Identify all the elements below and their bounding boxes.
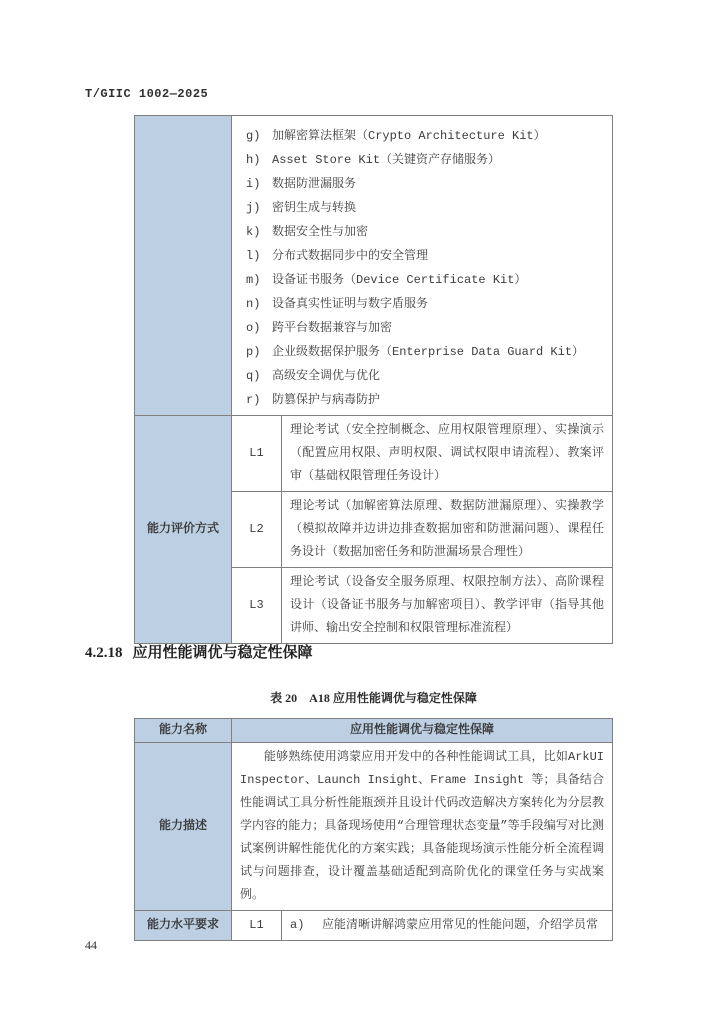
capability-eval-table: g)加解密算法框架（Crypto Architecture Kit） h)Ass…	[134, 115, 613, 644]
list-item-text: 防篡保护与病毒防护	[272, 388, 600, 412]
list-item: o)跨平台数据兼容与加密	[246, 316, 600, 340]
list-item: n)设备真实性证明与数字盾服务	[246, 292, 600, 316]
list-item: l)分布式数据同步中的安全管理	[246, 244, 600, 268]
section-title: 应用性能调优与稳定性保障	[133, 645, 313, 661]
list-item-text: 数据安全性与加密	[272, 220, 600, 244]
req-text-cell: a)应能清晰讲解鸿蒙应用常见的性能问题，介绍学员常	[282, 911, 613, 941]
eval-desc-l3: 理论考试（设备安全服务原理、权限控制方法）、高阶课程设计（设备证书服务与加解密项…	[282, 568, 613, 644]
list-item: p)企业级数据保护服务（Enterprise Data Guard Kit）	[246, 340, 600, 364]
req-level-cell: L1	[232, 911, 282, 941]
table-caption-title: A18 应用性能调优与稳定性保障	[309, 691, 477, 705]
page-number: 44	[85, 938, 97, 953]
list-item-marker: o)	[246, 316, 272, 340]
list-item: i)数据防泄漏服务	[246, 172, 600, 196]
list-item-text: Asset Store Kit（关键资产存储服务）	[272, 148, 600, 172]
list-item: j)密钥生成与转换	[246, 196, 600, 220]
table-caption: 表 20A18 应用性能调优与稳定性保障	[134, 689, 613, 706]
list-item-marker: m)	[246, 268, 272, 292]
list-item-text: 加解密算法框架（Crypto Architecture Kit）	[272, 124, 600, 148]
name-label-cell: 能力名称	[135, 719, 232, 743]
desc-value-cell: 能够熟练使用鸿蒙应用开发中的各种性能调试工具，比如ArkUI Inspector…	[232, 743, 613, 911]
name-value-cell: 应用性能调优与稳定性保障	[232, 719, 613, 743]
req-label-cell: 能力水平要求	[135, 911, 232, 941]
list-item: m)设备证书服务（Device Certificate Kit）	[246, 268, 600, 292]
list-item-marker: l)	[246, 244, 272, 268]
table-caption-label: 表 20	[270, 691, 297, 705]
list-item-text: 密钥生成与转换	[272, 196, 600, 220]
list-item-marker: p)	[246, 340, 272, 364]
level-cell-l1: L1	[232, 416, 282, 492]
list-item: h)Asset Store Kit（关键资产存储服务）	[246, 148, 600, 172]
ability-list-cell: g)加解密算法框架（Crypto Architecture Kit） h)Ass…	[232, 116, 613, 416]
req-item-marker: a)	[290, 914, 322, 937]
capability-description: 能够熟练使用鸿蒙应用开发中的各种性能调试工具，比如ArkUI Inspector…	[240, 746, 604, 907]
eval-label-empty-cell	[135, 116, 232, 416]
eval-method-label: 能力评价方式	[135, 416, 232, 644]
ability-list: g)加解密算法框架（Crypto Architecture Kit） h)Ass…	[240, 119, 604, 412]
list-item-text: 数据防泄漏服务	[272, 172, 600, 196]
list-item: q)高级安全调优与优化	[246, 364, 600, 388]
list-item: g)加解密算法框架（Crypto Architecture Kit）	[246, 124, 600, 148]
list-item-marker: i)	[246, 172, 272, 196]
req-item: a)应能清晰讲解鸿蒙应用常见的性能问题，介绍学员常	[290, 914, 604, 937]
list-item-marker: k)	[246, 220, 272, 244]
list-item-text: 分布式数据同步中的安全管理	[272, 244, 600, 268]
section-number: 4.2.18	[85, 645, 123, 661]
list-item-text: 跨平台数据兼容与加密	[272, 316, 600, 340]
list-item-text: 企业级数据保护服务（Enterprise Data Guard Kit）	[272, 340, 600, 364]
list-item-text: 高级安全调优与优化	[272, 364, 600, 388]
desc-label-cell: 能力描述	[135, 743, 232, 911]
list-item-marker: r)	[246, 388, 272, 412]
list-item-marker: q)	[246, 364, 272, 388]
list-item-marker: j)	[246, 196, 272, 220]
list-item-text: 设备证书服务（Device Certificate Kit）	[272, 268, 600, 292]
eval-desc-l1: 理论考试（安全控制概念、应用权限管理原理）、实操演示（配置应用权限、声明权限、调…	[282, 416, 613, 492]
list-item-marker: n)	[246, 292, 272, 316]
section-heading: 4.2.18应用性能调优与稳定性保障	[85, 641, 313, 662]
list-item: r)防篡保护与病毒防护	[246, 388, 600, 412]
req-item-text: 应能清晰讲解鸿蒙应用常见的性能问题，介绍学员常	[322, 914, 604, 937]
list-item-marker: g)	[246, 124, 272, 148]
level-cell-l2: L2	[232, 492, 282, 568]
list-item-marker: h)	[246, 148, 272, 172]
list-item-text: 设备真实性证明与数字盾服务	[272, 292, 600, 316]
eval-desc-l2: 理论考试（加解密算法原理、数据防泄漏原理）、实操教学（模拟故障并边讲边排查数据加…	[282, 492, 613, 568]
level-cell-l3: L3	[232, 568, 282, 644]
capability-detail-table: 能力名称 应用性能调优与稳定性保障 能力描述 能够熟练使用鸿蒙应用开发中的各种性…	[134, 718, 613, 941]
document-header: T/GIIC 1002—2025	[85, 87, 208, 101]
list-item: k)数据安全性与加密	[246, 220, 600, 244]
